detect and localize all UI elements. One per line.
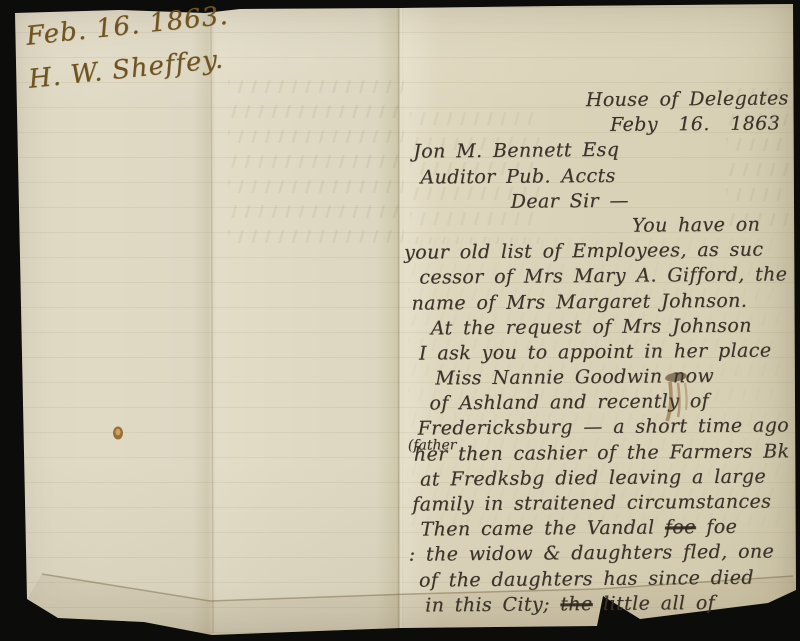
body-line-text: little all of bbox=[593, 592, 716, 615]
recipient-title-line: Auditor Pub. Accts bbox=[420, 162, 794, 190]
letter-body: House of Delegates Feby 16. 1863 Jon M. … bbox=[402, 86, 799, 618]
body-line-text: in this City; bbox=[425, 593, 560, 616]
body-line-text: her then cashier of the Farmers Bk bbox=[414, 440, 790, 465]
body-line: your old list of Employees, as suc bbox=[404, 237, 795, 266]
body-line: I ask you to appoint in her place bbox=[419, 338, 796, 366]
body-line: at Fredksbg died leaving a large bbox=[420, 464, 797, 492]
ink-bleedthrough bbox=[228, 80, 404, 248]
scan-background: Feb. 16. 1863. H. W. Sheffey. House of D… bbox=[0, 0, 800, 641]
inserted-word: (father bbox=[408, 433, 457, 459]
body-line-vandal: Then came the Vandal foe foe bbox=[420, 514, 797, 542]
body-line: of the daughters has since died bbox=[419, 565, 798, 593]
body-line: : the widow & daughters fled, one bbox=[409, 540, 798, 569]
body-line: At the request of Mrs Johnson bbox=[431, 313, 796, 341]
body-line: Miss Nannie Goodwin now bbox=[435, 363, 796, 391]
recipient-name-line: Jon M. Bennett Esq bbox=[413, 137, 794, 166]
heading-place-line: House of Delegates bbox=[586, 86, 794, 113]
body-line: name of Mrs Margaret Johnson. bbox=[411, 288, 795, 317]
body-line-last: in this City; the little all of bbox=[425, 590, 798, 618]
body-line-text: foe bbox=[696, 516, 738, 538]
body-line: family in straitened circumstances bbox=[412, 489, 797, 518]
body-line: of Ashland and recently of bbox=[429, 389, 796, 417]
body-line: cessor of Mrs Mary A. Gifford, the bbox=[419, 263, 795, 291]
body-line: Fredericksburg — a short time ago bbox=[418, 414, 797, 442]
salutation-line: Dear Sir — bbox=[511, 187, 795, 215]
heading-date-line: Feby 16. 1863 bbox=[610, 111, 794, 138]
struck-word: the bbox=[560, 593, 593, 615]
struck-word: foe bbox=[665, 516, 696, 538]
body-line: (fatherher then cashier of the Farmers B… bbox=[414, 439, 797, 468]
body-line: You have on bbox=[632, 212, 795, 239]
body-line-text: Then came the Vandal bbox=[420, 517, 665, 541]
